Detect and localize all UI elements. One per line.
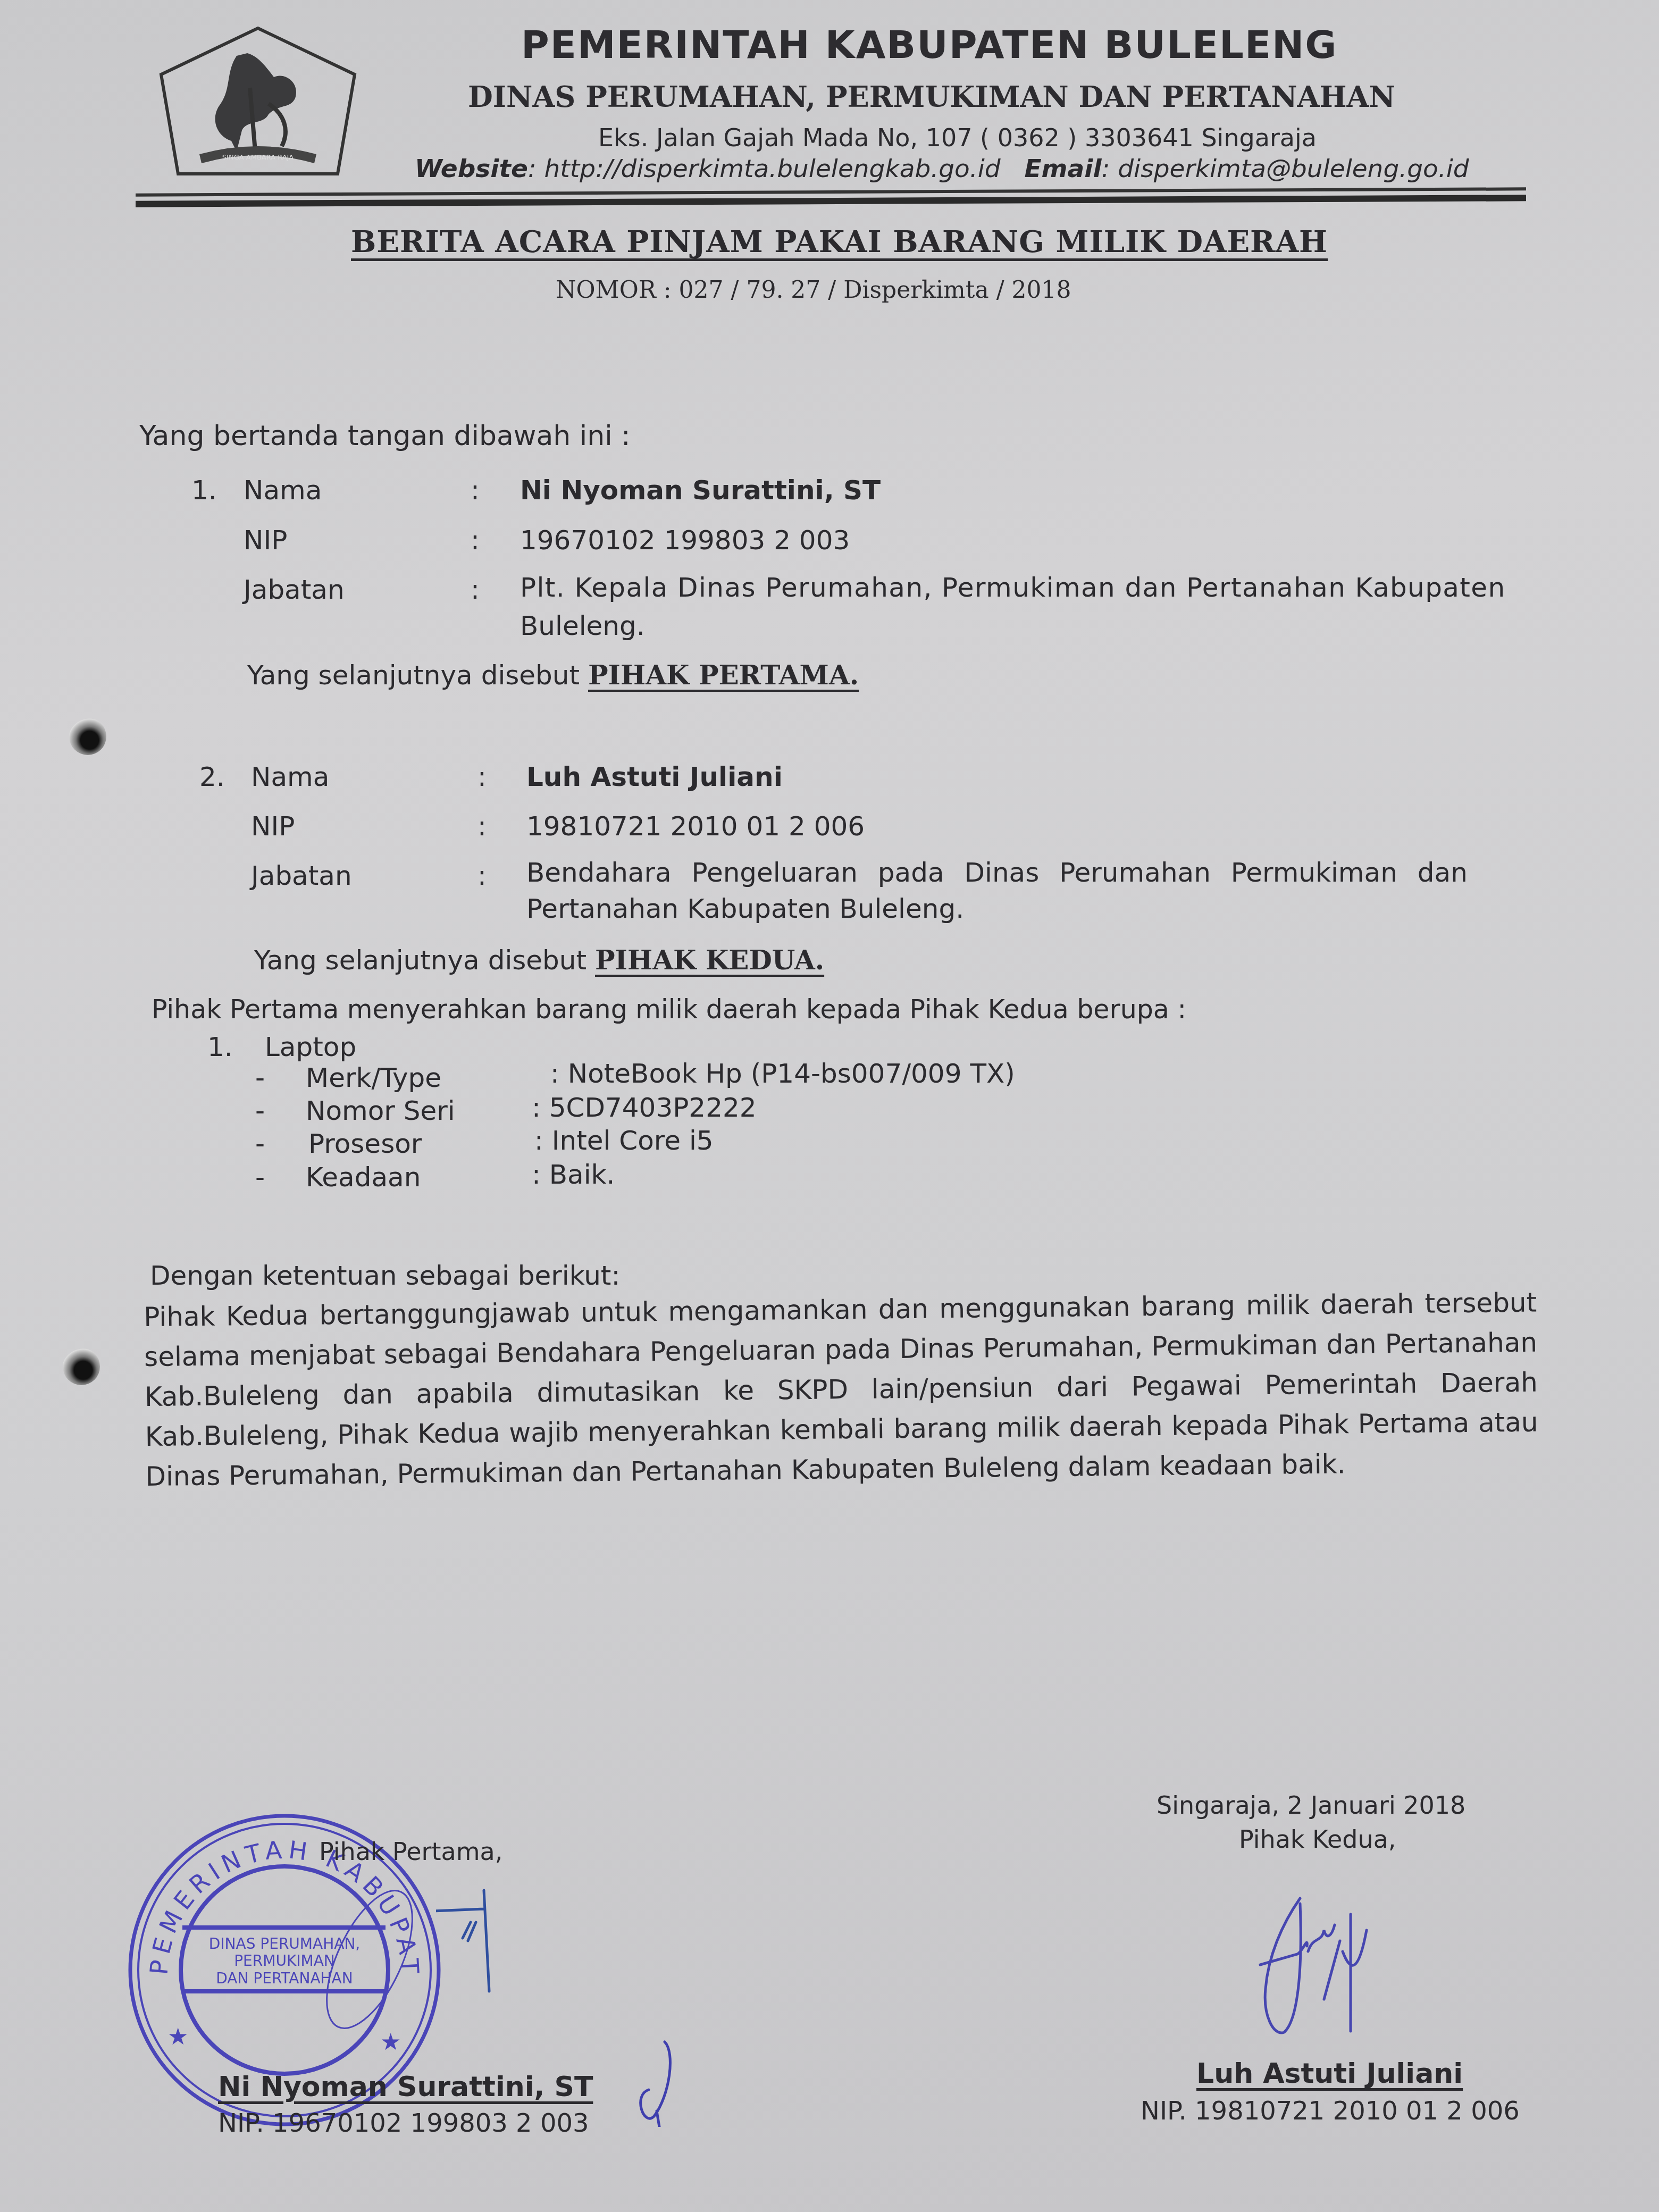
party2-name-label: Nama bbox=[251, 761, 329, 792]
item-name: Laptop bbox=[265, 1032, 356, 1062]
party1-position-label: Jabatan bbox=[244, 574, 345, 605]
pihak-pertama-label: PIHAK PERTAMA. bbox=[588, 659, 859, 691]
svg-text:★: ★ bbox=[380, 2029, 401, 2056]
terms-paragraph: Pihak Kedua bertanggungjawab untuk menga… bbox=[144, 1283, 1539, 1497]
letterhead-divider-thick bbox=[136, 195, 1526, 207]
party2-position-cont: Pertanahan Kabupaten Buleleng. bbox=[526, 893, 964, 924]
party1-nip: 19670102 199803 2 003 bbox=[520, 525, 850, 556]
punch-hole bbox=[63, 1348, 100, 1385]
detail-value-merk: : NoteBook Hp (P14-bs007/009 TX) bbox=[550, 1058, 1015, 1089]
first-party-paraf bbox=[627, 2037, 686, 2129]
first-party-signature bbox=[436, 1880, 542, 1999]
punch-hole bbox=[69, 718, 106, 755]
agency-name: DINAS PERUMAHAN, PERMUKIMAN DAN PERTANAH… bbox=[468, 80, 1395, 114]
detail-value-serial: : 5CD7403P2222 bbox=[532, 1092, 757, 1123]
colon: : bbox=[471, 475, 480, 506]
agency-address: Eks. Jalan Gajah Mada No, 107 ( 0362 ) 3… bbox=[598, 123, 1317, 152]
colon: : bbox=[477, 860, 487, 891]
website-label: Website bbox=[415, 154, 528, 183]
party1-index: 1. bbox=[191, 475, 217, 506]
party1-designation: Yang selanjutnya disebut PIHAK PERTAMA. bbox=[247, 659, 859, 691]
party1-name-label: Nama bbox=[244, 475, 322, 506]
colon: : bbox=[477, 811, 487, 842]
party2-position-label: Jabatan bbox=[251, 860, 352, 891]
bullet: - bbox=[255, 1062, 265, 1093]
second-party-nip: NIP. 19810721 2010 01 2 006 bbox=[1141, 2096, 1520, 2126]
party2-index: 2. bbox=[199, 761, 225, 792]
party1-nip-label: NIP bbox=[244, 525, 287, 556]
svg-text:★: ★ bbox=[167, 2023, 188, 2050]
detail-label-serial: Nomor Seri bbox=[306, 1095, 455, 1126]
party2-designation: Yang selanjutnya disebut PIHAK KEDUA. bbox=[254, 944, 824, 976]
website-link[interactable]: : http://disperkimta.bulelengkab.go.id bbox=[528, 154, 1001, 183]
detail-label-merk: Merk/Type bbox=[306, 1062, 441, 1093]
svg-text:SINGA AMBARA RAJA: SINGA AMBARA RAJA bbox=[222, 154, 294, 162]
government-name: PEMERINTAH KABUPATEN BULELENG bbox=[521, 22, 1337, 67]
intro-text: Yang bertanda tangan dibawah ini : bbox=[139, 420, 631, 452]
colon: : bbox=[477, 761, 487, 792]
colon: : bbox=[471, 574, 480, 605]
svg-text:PERMUKIMAN: PERMUKIMAN bbox=[234, 1952, 335, 1970]
party2-nip: 19810721 2010 01 2 006 bbox=[526, 811, 865, 842]
svg-text:DAN PERTANAHAN: DAN PERTANAHAN bbox=[216, 1970, 353, 1987]
handover-statement: Pihak Pertama menyerahkan barang milik d… bbox=[152, 994, 1186, 1025]
bullet: - bbox=[255, 1095, 265, 1126]
email-link[interactable]: : disperkimta@buleleng.go.id bbox=[1102, 154, 1469, 183]
terms-heading: Dengan ketentuan sebagai berikut: bbox=[150, 1260, 620, 1291]
email-label: Email bbox=[1024, 154, 1101, 183]
first-party-role: Pihak Pertama, bbox=[319, 1837, 502, 1866]
buleleng-crest-icon: SINGA AMBARA RAJA bbox=[157, 24, 359, 178]
colon: : bbox=[471, 525, 480, 556]
svg-text:DINAS PERUMAHAN,: DINAS PERUMAHAN, bbox=[209, 1935, 360, 1953]
detail-label-condition: Keadaan bbox=[306, 1162, 421, 1193]
item-index: 1. bbox=[207, 1032, 233, 1062]
document-title: BERITA ACARA PINJAM PAKAI BARANG MILIK D… bbox=[351, 224, 1328, 259]
detail-label-processor: Prosesor bbox=[308, 1128, 422, 1159]
bullet: - bbox=[255, 1162, 265, 1193]
party1-name: Ni Nyoman Surattini, ST bbox=[520, 475, 881, 506]
second-party-signature bbox=[1244, 1893, 1414, 2049]
party1-position: Plt. Kepala Dinas Perumahan, Permukiman … bbox=[520, 572, 1506, 603]
place-date: Singaraja, 2 Januari 2018 bbox=[1157, 1791, 1465, 1820]
bullet: - bbox=[255, 1128, 265, 1159]
detail-value-processor: : Intel Core i5 bbox=[534, 1125, 714, 1156]
second-party-name: Luh Astuti Juliani bbox=[1196, 2058, 1463, 2090]
first-party-nip: NIP. 19670102 199803 2 003 bbox=[218, 2108, 589, 2138]
second-party-role: Pihak Kedua, bbox=[1239, 1825, 1396, 1854]
document-number: NOMOR : 027 / 79. 27 / Disperkimta / 201… bbox=[556, 276, 1071, 304]
party2-position: Bendahara Pengeluaran pada Dinas Perumah… bbox=[526, 857, 1468, 888]
contact-line: Website: http://disperkimta.bulelengkab.… bbox=[415, 154, 1469, 183]
party2-name: Luh Astuti Juliani bbox=[526, 761, 783, 792]
pihak-kedua-label: PIHAK KEDUA. bbox=[595, 944, 824, 976]
party2-nip-label: NIP bbox=[251, 811, 295, 842]
first-party-name: Ni Nyoman Surattini, ST bbox=[218, 2071, 593, 2103]
party1-position-cont: Buleleng. bbox=[520, 610, 645, 641]
detail-value-condition: : Baik. bbox=[532, 1159, 615, 1190]
